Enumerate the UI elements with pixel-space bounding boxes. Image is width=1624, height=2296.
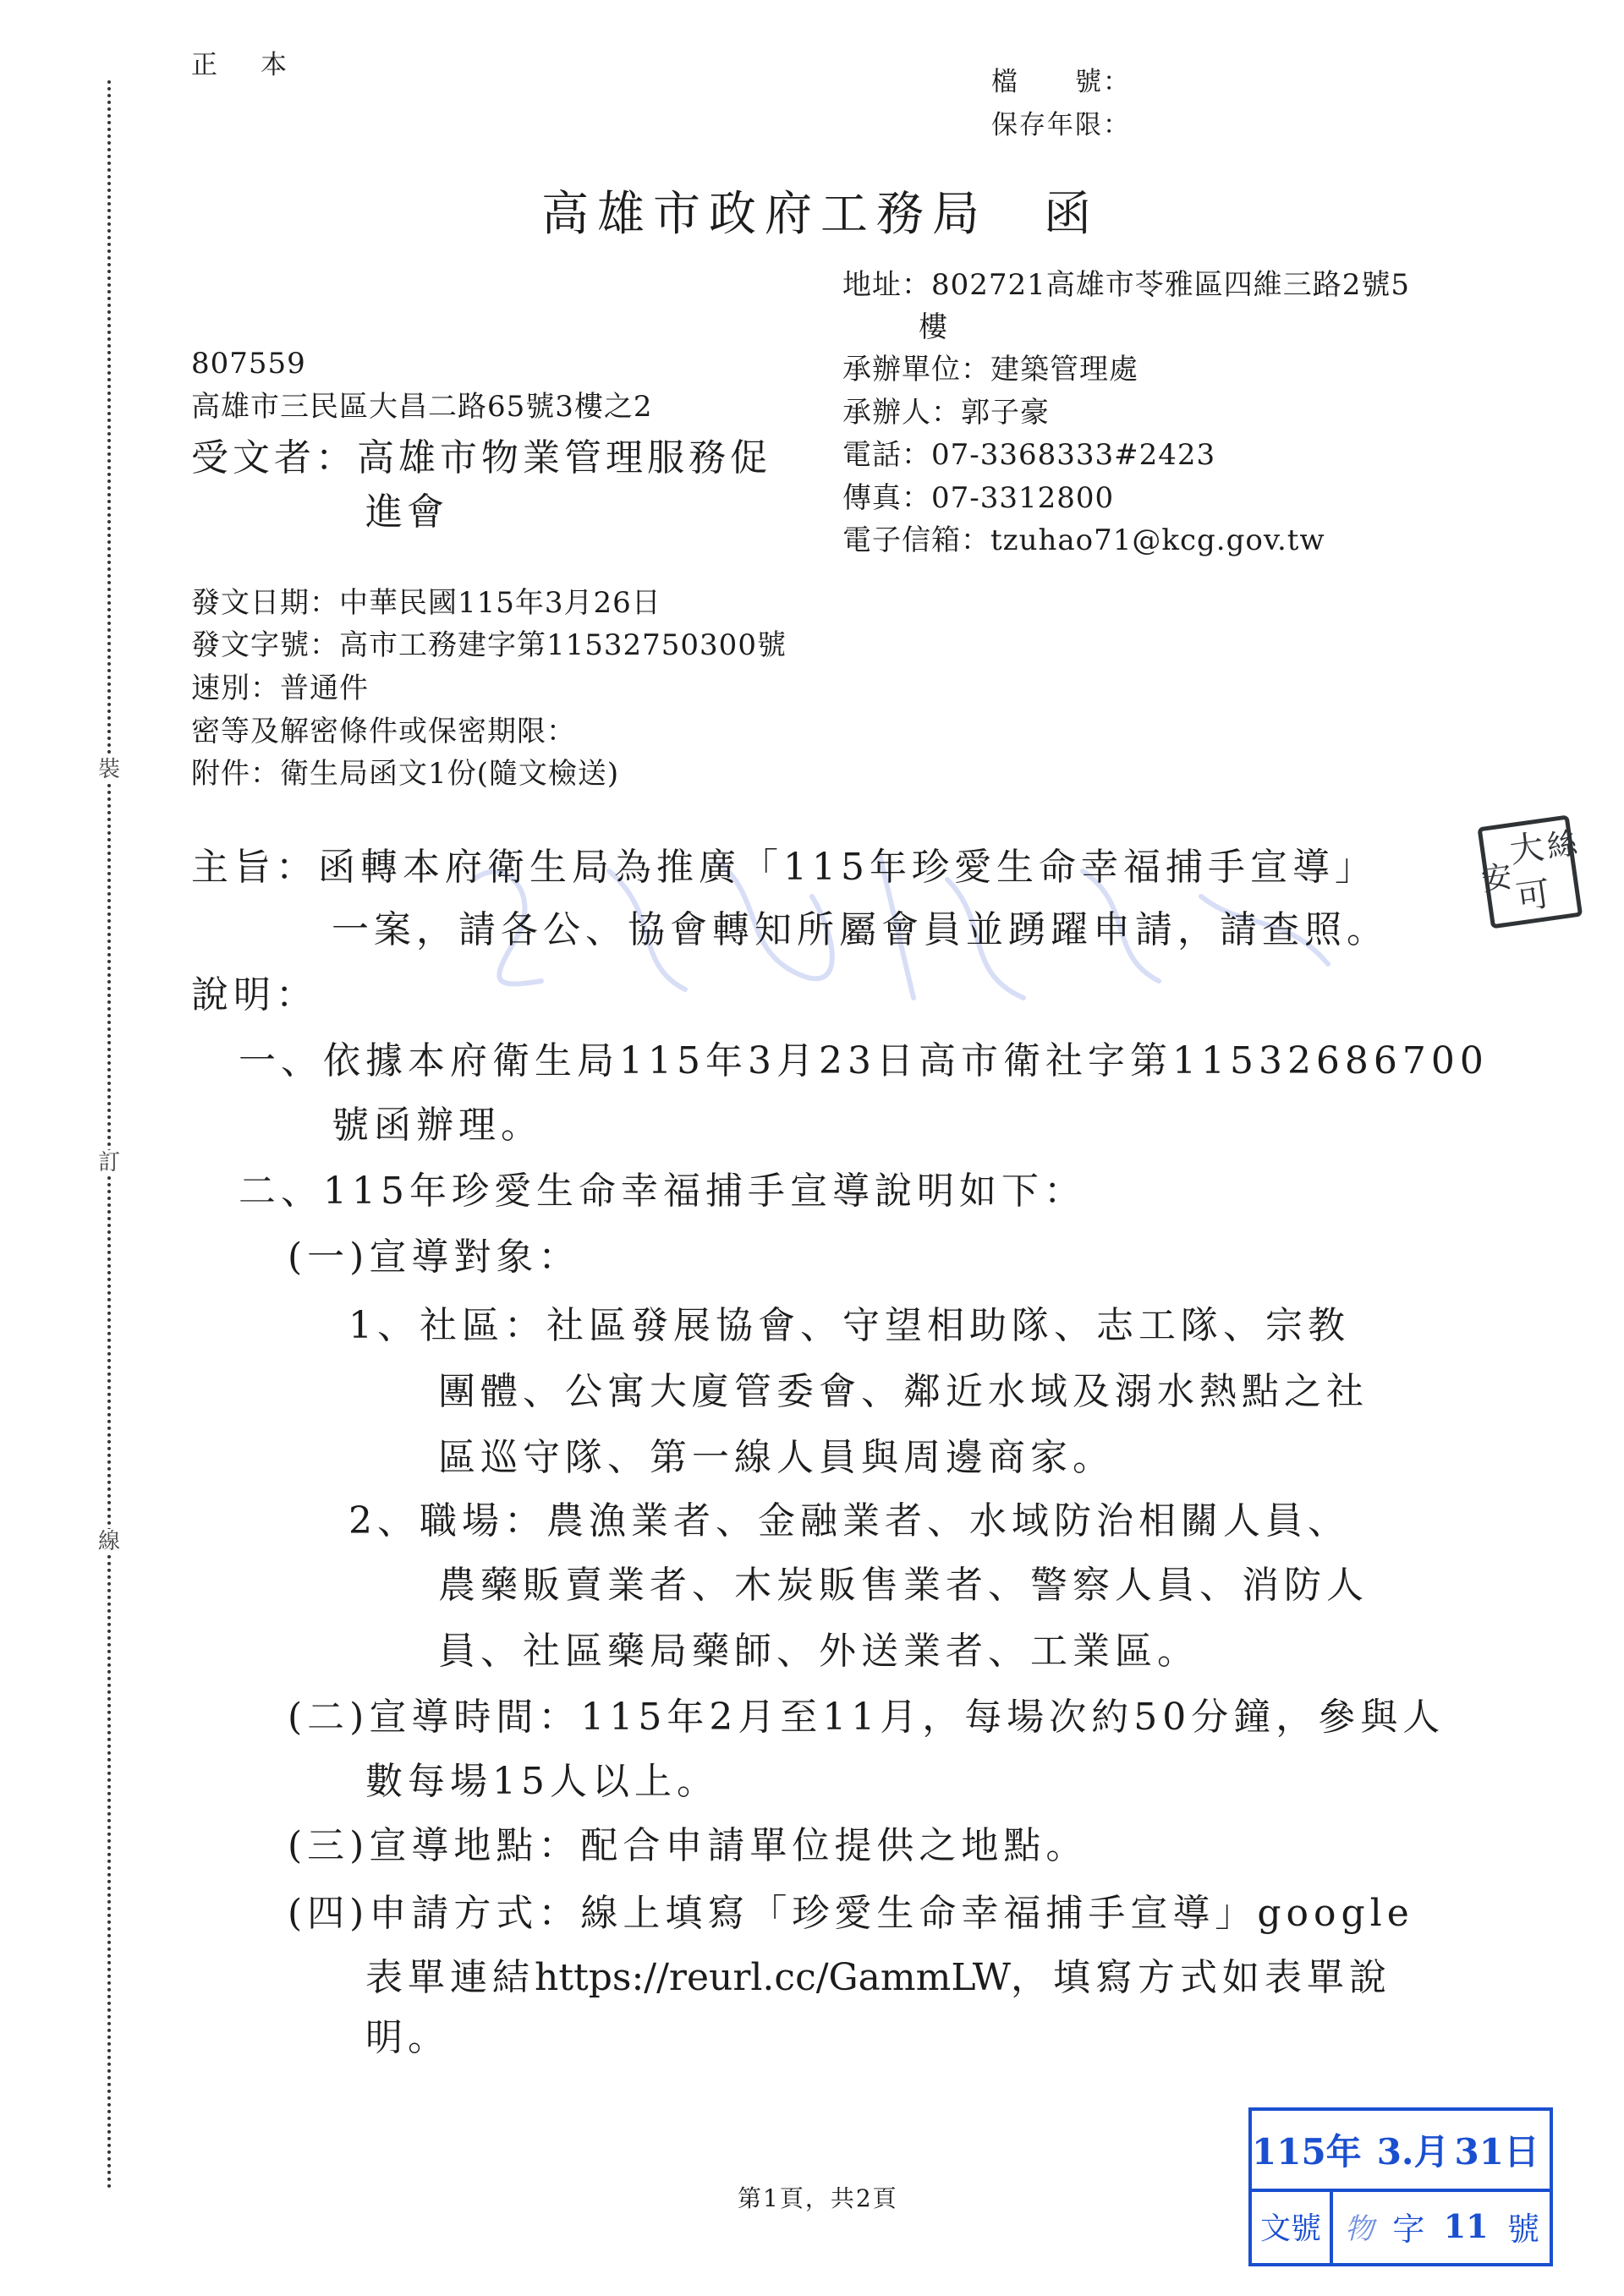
- sub-item-1-1-line-2: 團體、公寓大廈管委會、鄰近水域及溺水熱點之社: [438, 1373, 1369, 1411]
- received-date-stamp: 115年 3.月 31日 文號 物 字 11 號: [1248, 2107, 1553, 2266]
- binding-dotted-line: [107, 80, 111, 2190]
- issue-date: 發文日期：中華民國115年3月26日: [191, 589, 661, 617]
- retention-period-label: 保存年限：: [991, 112, 1131, 139]
- stamp-month: 3.月: [1377, 2124, 1450, 2175]
- phone-number: 電話：07-3368333#2423: [842, 441, 1215, 469]
- seal-char-1: 大: [1507, 828, 1546, 871]
- sub-item-1-2-line-1: 2、職場：農漁業者、金融業者、水域防治相關人員、: [348, 1503, 1350, 1540]
- sub-item-1-1-line-1: 1、社區：社區發展協會、守望相助隊、志工隊、宗教: [348, 1307, 1350, 1345]
- explanation-item-2: 二、115年珍愛生命幸福捕手宣導說明如下：: [239, 1173, 1086, 1210]
- recipient-name-cont: 進會: [365, 494, 448, 531]
- document-title: 高雄市政府工務局 函: [541, 191, 1100, 238]
- page-number: 第1頁，共2頁: [738, 2180, 898, 2214]
- recipient-address: 高雄市三民區大昌二路65號3樓之2: [191, 392, 653, 421]
- email-address: 電子信箱：tzuhao71@kcg.gov.tw: [842, 526, 1325, 555]
- sender-address-cont: 樓: [919, 313, 948, 342]
- sub-item-1-heading: (一)宣導對象：: [288, 1239, 580, 1276]
- google-form-link[interactable]: https://reurl.cc/GammLW: [535, 1956, 1011, 1999]
- seal-char-2: 安: [1479, 859, 1514, 898]
- stamp-handwritten-char: 物: [1345, 2206, 1374, 2247]
- fax-number: 傳真：07-3312800: [842, 484, 1114, 512]
- copy-type-label: 正 本: [191, 52, 295, 79]
- subject-line-2: 一案，請各公、協會轉知所屬會員並踴躍申請，請查照。: [332, 912, 1389, 949]
- stamp-number-row: 文號 物 字 11 號: [1252, 2189, 1550, 2263]
- secrecy-level: 密等及解密條件或保密期限：: [191, 717, 576, 746]
- binding-mark-zhuang: 裝: [98, 757, 120, 782]
- official-seal-stamp: 大 可 絲 安: [1471, 801, 1588, 932]
- seal-char-3: 可: [1514, 874, 1553, 918]
- sub-item-4-suffix: ，填寫方式如表單說: [1011, 1956, 1391, 1999]
- stamp-word: 字: [1392, 2203, 1424, 2249]
- stamp-doc-label: 文號: [1252, 2189, 1333, 2263]
- sub-item-2-line-2: 數每場15人以上。: [365, 1763, 719, 1800]
- sub-item-1-1-line-3: 區巡守隊、第一線人員與周邊商家。: [438, 1439, 1115, 1477]
- stamp-date-row: 115年 3.月 31日: [1252, 2111, 1550, 2192]
- explanation-item-1-line-1: 一、依據本府衛生局115年3月23日高市衛社字第11532686700: [239, 1043, 1489, 1080]
- document-number: 發文字號：高市工務建字第11532750300號: [191, 631, 787, 660]
- sub-item-4-line-3: 明。: [365, 2019, 450, 2057]
- stamp-suffix: 號: [1507, 2203, 1539, 2249]
- sub-item-1-2-line-3: 員、社區藥局藥師、外送業者、工業區。: [438, 1633, 1199, 1670]
- stamp-day: 31日: [1455, 2124, 1539, 2175]
- sub-item-1-2-line-2: 農藥販賣業者、木炭販售業者、警察人員、消防人: [438, 1567, 1369, 1604]
- seal-char-4: 絲: [1544, 826, 1580, 865]
- sub-item-4-line-1: (四)申請方式：線上填寫「珍愛生命幸福捕手宣導」google: [288, 1895, 1414, 1932]
- binding-mark-xian: 線: [98, 1529, 120, 1554]
- delivery-speed: 速別：普通件: [191, 674, 369, 703]
- explanation-item-1-line-2: 號函辦理。: [332, 1107, 543, 1144]
- file-number-label: 檔 號：: [991, 69, 1131, 96]
- recipient-name: 受文者：高雄市物業管理服務促: [191, 440, 771, 477]
- attachment-info: 附件：衛生局函文1份(隨文檢送): [191, 759, 619, 788]
- stamp-year: 115年: [1252, 2124, 1362, 2175]
- recipient-postal-code: 807559: [191, 349, 306, 378]
- explanation-heading: 說明：: [191, 977, 318, 1014]
- sub-item-4-prefix: 表單連結: [365, 1956, 535, 1999]
- sender-address: 地址：802721高雄市苓雅區四維三路2號5: [842, 271, 1410, 299]
- binding-mark-ding: 訂: [98, 1150, 120, 1175]
- sub-item-2-line-1: (二)宣導時間：115年2月至11月，每場次約50分鐘，參與人: [288, 1699, 1445, 1736]
- handling-unit: 承辦單位：建築管理處: [842, 355, 1138, 384]
- sub-item-4-line-2: 表單連結https://reurl.cc/GammLW，填寫方式如表單說: [365, 1959, 1391, 1997]
- handler-name: 承辦人：郭子豪: [842, 398, 1050, 427]
- sub-item-3: (三)宣導地點：配合申請單位提供之地點。: [288, 1827, 1088, 1865]
- subject-line-1: 主旨：函轉本府衛生局為推廣「115年珍愛生命幸福捕手宣導」: [191, 849, 1377, 886]
- stamp-number: 11: [1444, 2207, 1489, 2245]
